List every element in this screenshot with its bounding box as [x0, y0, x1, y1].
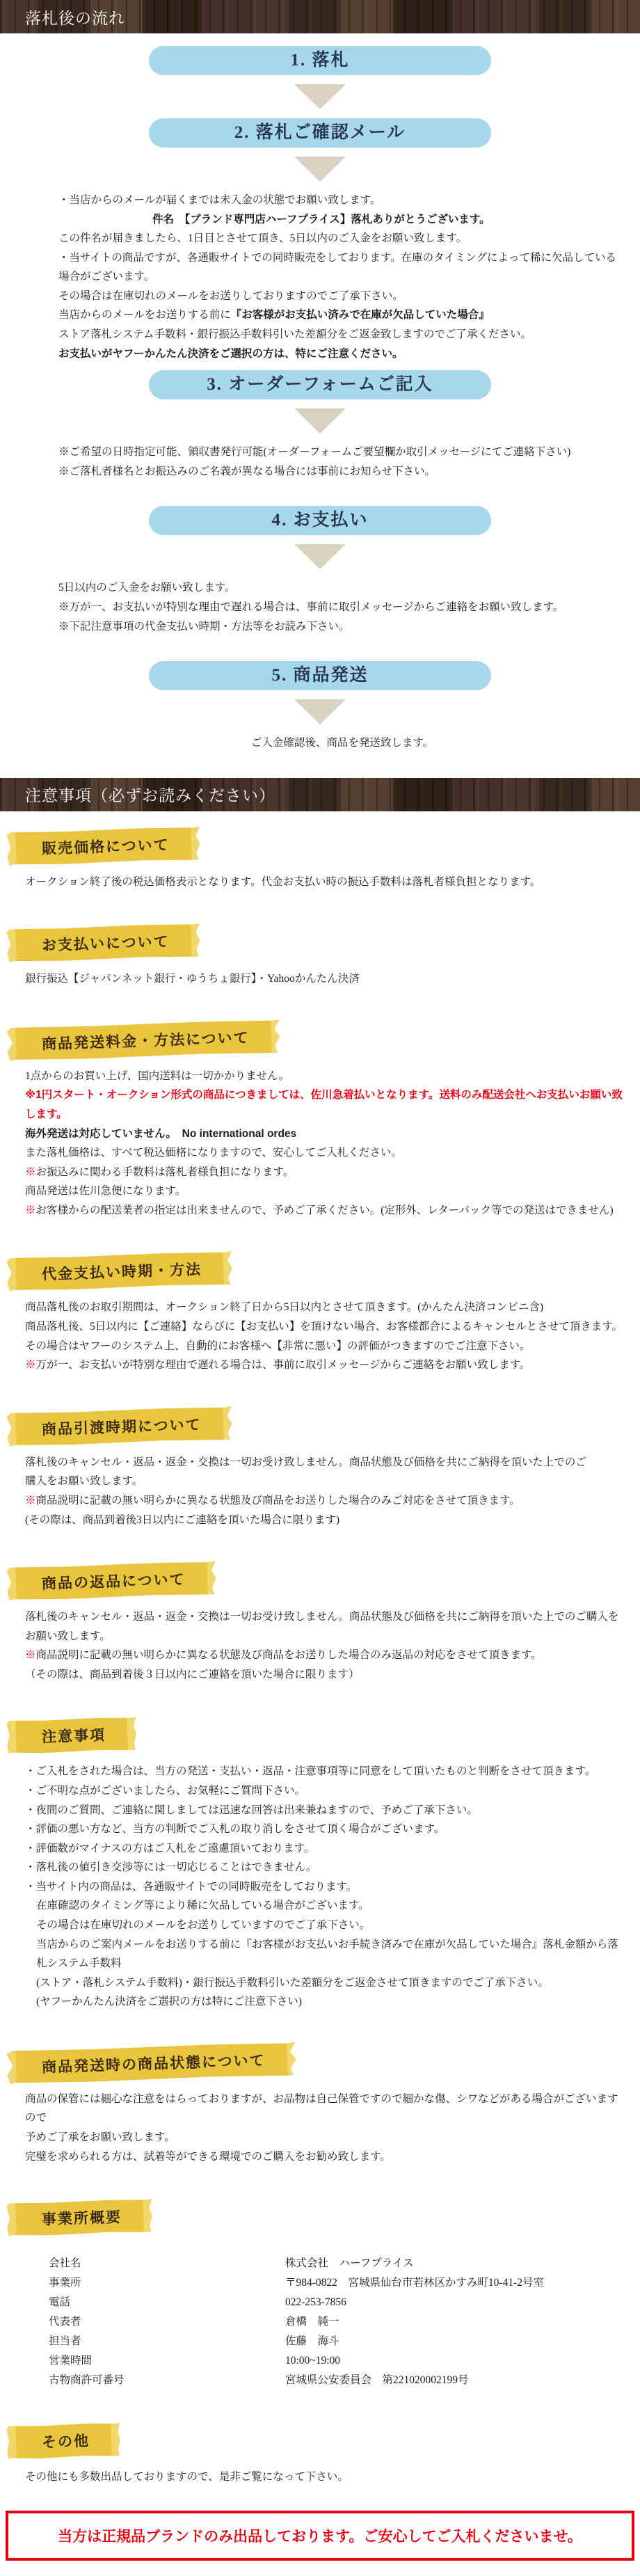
- company-info-value: 株式会社 ハーフプライス: [285, 2254, 626, 2273]
- flow-step-pill-5: 5. 商品発送: [149, 661, 491, 690]
- text-line: 銀行振込【ジャパンネット銀行・ゆうちょ銀行】・Yahooかんたん決済: [25, 969, 626, 989]
- tape-label: 販売価格について: [6, 826, 200, 866]
- text-line: ※下記注意事項の代金支払い時期・方法等をお読み下さい。: [58, 617, 626, 637]
- down-arrow-icon: [294, 157, 346, 182]
- text-line: ・落札後の値引き交渉等には一切応じることはできません。: [25, 1858, 626, 1877]
- section-company-profile: 事業所概要 会社名株式会社 ハーフプライス 事業所〒984-0822 宮城県仙台…: [0, 2183, 640, 2390]
- tape-label: 商品引渡時期について: [6, 1406, 232, 1447]
- text-line: 5日以内のご入金をお願い致します。: [58, 578, 626, 598]
- section-payment-period: 代金支払い時期・方法 商品落札後のお取引期間は、オークション終了日から5日以内と…: [0, 1237, 640, 1374]
- company-info-value: 倉橋 純一: [285, 2312, 626, 2332]
- text-line: (その際は、商品到着後3日以内にご連絡を頂いた場合に限ります): [25, 1511, 626, 1530]
- text-line: 海外発送は対応していません。 No international ordes: [25, 1124, 626, 1144]
- company-info-label: 担当者: [49, 2332, 285, 2351]
- text-line: その場合は在庫切れのメールをお送りしていますのでご了承下さい。: [25, 1916, 626, 1935]
- text-line: ※万が一、お支払いが特別な理由で遅れる場合は、事前に取引メッセージからご連絡をお…: [25, 1355, 626, 1375]
- down-arrow-icon: [294, 408, 346, 434]
- section-precautions: 注意事項 ・ご入札をされた場合は、当方の発送・支払い・返品・注意事項等に同意をし…: [0, 1701, 640, 2012]
- text-line: ※商品説明に記載の無い明らかに異なる状態及び商品をお送りした場合のみご対応をさせ…: [25, 1491, 626, 1511]
- text-line: 商品落札後、5日以内に【ご連絡】ならびに【お支払い】を頂けない場合、お客様都合に…: [25, 1317, 626, 1337]
- text-line: お支払いがヤフーかんたん決済をご選択の方は、特にご注意ください。: [58, 344, 626, 364]
- section-returns: 商品の返品について 落札後のキャンセル・返品・返金・交換は一切お受け致しません。…: [0, 1546, 640, 1684]
- section-lines: 落札後のキャンセル・返品・返金・交換は一切お受け致しません。商品状態及び価格を共…: [25, 1453, 626, 1529]
- flow-step-pill-1: 1. 落札: [149, 46, 491, 75]
- red-asterisk: ※: [25, 1204, 36, 1216]
- flow-note-block-after-step-2: ・当店からのメールが届くまでは未入金の状態でお願い致します。 件名 【ブランド専…: [58, 191, 626, 363]
- text-line: その場合はヤフーのシステム上、自動的にお客様へ【非常に悪い】の評価がつきますので…: [25, 1337, 626, 1356]
- section-sales-price: 販売価格について オークション終了後の税込価格表示となります。代金お支払い時の振…: [0, 811, 640, 892]
- text-line: 1点からのお買い上げ、国内送料は一切かかりません。: [25, 1067, 626, 1086]
- text-line: ストア落札システム手数料・銀行振込手数料引いた差額分をご返金致しますのでご了承く…: [58, 325, 626, 344]
- flow-note-block-after-step-4: 5日以内のご入金をお願い致します。 ※万が一、お支払いが特別な理由で遅れる場合は…: [58, 578, 626, 636]
- section-lines: オークション終了後の税込価格表示となります。代金お支払い時の振込手数料は落札者様…: [25, 873, 626, 892]
- section-item-condition: 商品発送時の商品状態について 商品の保管には細心な注意をはらっておりますが、お品…: [0, 2028, 640, 2166]
- company-info-label: 古物商許可番号: [49, 2371, 285, 2390]
- company-info-row: 古物商許可番号宮城県公安委員会 第221020002199号: [49, 2371, 626, 2390]
- text-line: (ストア・落札システム手数料)・銀行振込手数料引いた差額分をご返金させて頂きます…: [25, 1973, 626, 1993]
- company-info-row: 営業時間10:00~19:00: [49, 2351, 626, 2371]
- text-line: ※商品説明に記載の無い明らかに異なる状態及び商品をお送りした場合のみ返品の対応を…: [25, 1646, 626, 1665]
- down-arrow-icon: [294, 544, 346, 569]
- text-line: 落札後のキャンセル・返品・返金・交換は一切お受け致しません。商品状態及び価格を共…: [25, 1607, 626, 1646]
- flow-step-pill-2: 2. 落札ご確認メール: [149, 118, 491, 148]
- company-info-table: 会社名株式会社 ハーフプライス 事業所〒984-0822 宮城県仙台市若林区かす…: [49, 2254, 626, 2390]
- text-line: 商品発送は佐川急便になります。: [25, 1182, 626, 1201]
- red-asterisk: ※: [25, 1359, 36, 1371]
- text-line: 場合がございます。: [58, 267, 626, 287]
- text-line: その場合は在庫切れのメールをお送りしておりますのでご了承下さい。: [58, 287, 626, 306]
- section-lines: 商品の保管には細心な注意をはらっておりますが、お品物は自己保管ですので細かな傷、…: [25, 2090, 626, 2166]
- text-line: ※ご希望の日時指定可能、領収書発行可能(オーダーフォームご要望欄か取引メッセージ…: [58, 443, 626, 462]
- tape-label: 事業所概要: [6, 2199, 152, 2237]
- text-line: 商品落札後のお取引期間は、オークション終了日から5日以内とさせて頂きます。(かん…: [25, 1298, 626, 1317]
- company-info-label: 営業時間: [49, 2351, 285, 2371]
- company-info-label: 会社名: [49, 2254, 285, 2273]
- flow-note-block-after-step-3: ※ご希望の日時指定可能、領収書発行可能(オーダーフォームご要望欄か取引メッセージ…: [58, 443, 626, 481]
- tape-label: 商品の返品について: [6, 1561, 216, 1600]
- text-line: 当店からのご案内メールをお送りする前に『お客様がお支払いお手続き済みで在庫が欠品…: [25, 1935, 626, 1973]
- tape-label: その他: [6, 2423, 120, 2460]
- text-line: 予めご了承をお願い致します。: [25, 2128, 626, 2147]
- text-line: ・当店からのメールが届くまでは未入金の状態でお願い致します。: [58, 191, 626, 210]
- red-asterisk: ※: [25, 1495, 36, 1506]
- red-asterisk: ※: [25, 1649, 36, 1661]
- company-info-value: 宮城県公安委員会 第221020002199号: [285, 2371, 626, 2390]
- text-line: ・評価数がマイナスの方はご入札をご遠慮頂いております。: [25, 1839, 626, 1859]
- company-info-label: 電話: [49, 2293, 285, 2312]
- flow-section-header: 落札後の流れ: [0, 0, 640, 33]
- text-line: この件名が届きましたら、1日目とさせて頂き、5日以内のご入金をお願い致します。: [58, 229, 626, 248]
- text-line: その他にも多数出品しておりますので、是非ご覧になって下さい。: [25, 2467, 626, 2487]
- company-info-row: 事業所〒984-0822 宮城県仙台市若林区かすみ町10-41-2号室: [49, 2273, 626, 2293]
- flow-section-title: 落札後の流れ: [25, 6, 125, 29]
- section-others: その他 その他にも多数出品しておりますので、是非ご覧になって下さい。: [0, 2406, 640, 2487]
- text-line: ・評価の悪い方など、当方の判断でご入札の取り消しをさせて頂く場合がございます。: [25, 1820, 626, 1839]
- text-line: ・夜間のご質問、ご連絡に関しましては迅速な回答は出来兼ねますので、予めご了承下さ…: [25, 1801, 626, 1820]
- text-line: 完璧を求められる方は、試着等ができる環境でのご購入をお勧め致します。: [25, 2147, 626, 2167]
- text-line: ご入金確認後、商品を発送致します。: [58, 733, 626, 753]
- text-line: オークション終了後の税込価格表示となります。代金お支払い時の振込手数料は落札者様…: [25, 873, 626, 892]
- section-lines: 銀行振込【ジャパンネット銀行・ゆうちょ銀行】・Yahooかんたん決済: [25, 969, 626, 989]
- text-line: 商品の保管には細心な注意をはらっておりますが、お品物は自己保管ですので細かな傷、…: [25, 2090, 626, 2128]
- text-line: ※お客様からの配送業者の指定は出来ませんので、予めご了承ください。(定形外、レタ…: [25, 1201, 626, 1221]
- text-line: 当店からのメールをお送りする前に『お客様がお支払い済みで在庫が欠品していた場合』: [58, 305, 626, 325]
- tape-label: 代金支払い時期・方法: [6, 1251, 232, 1291]
- section-lines: 落札後のキャンセル・返品・返金・交換は一切お受け致しません。商品状態及び価格を共…: [25, 1607, 626, 1684]
- text-line: 件名 【ブランド専門店ハーフプライス】落札ありがとうございます。: [58, 210, 626, 230]
- flow-step-pill-4: 4. お支払い: [149, 506, 491, 535]
- section-lines: 商品落札後のお取引期間は、オークション終了日から5日以内とさせて頂きます。(かん…: [25, 1298, 626, 1374]
- company-info-value: 10:00~19:00: [285, 2351, 626, 2371]
- section-payment: お支払いについて 銀行振込【ジャパンネット銀行・ゆうちょ銀行】・Yahooかんた…: [0, 908, 640, 989]
- company-info-row: 電話022-253-7856: [49, 2293, 626, 2312]
- company-info-value: 022-253-7856: [285, 2293, 626, 2312]
- text-line: ※万が一、お支払いが特別な理由で遅れる場合は、事前に取引メッセージからご連絡をお…: [58, 598, 626, 617]
- text-line: また落札価格は、すべて税込価格になりますので、安心してご入札ください。: [25, 1143, 626, 1163]
- tape-label: 商品発送時の商品状態について: [6, 2042, 296, 2084]
- company-info-label: 事業所: [49, 2273, 285, 2293]
- company-info-value: 〒984-0822 宮城県仙台市若林区かすみ町10-41-2号室: [285, 2273, 626, 2293]
- text-line: ・当サイト内の商品は、各通販サイトでの同時販売をしております。: [25, 1877, 626, 1897]
- section-shipping-fee: 商品発送料金・方法について 1点からのお買い上げ、国内送料は一切かかりません。 …: [0, 1005, 640, 1221]
- text-line: ・ご入札をされた場合は、当方の発送・支払い・返品・注意事項等に同意をして頂いたも…: [25, 1762, 626, 1781]
- text-line: 落札後のキャンセル・返品・返金・交換は一切お受け致しません。商品状態及び価格を共…: [25, 1453, 626, 1472]
- flow-note-block-after-step-5: ご入金確認後、商品を発送致します。: [58, 733, 626, 753]
- text-line: ・ご不明な点がございましたら、お気軽にご質問下さい。: [25, 1781, 626, 1801]
- tape-label: 商品発送料金・方法について: [6, 1019, 280, 1061]
- down-arrow-icon: [294, 699, 346, 724]
- down-arrow-icon: [294, 84, 346, 109]
- section-lines: ・ご入札をされた場合は、当方の発送・支払い・返品・注意事項等に同意をして頂いたも…: [25, 1762, 626, 2012]
- tape-label: 注意事項: [6, 1717, 136, 1754]
- company-info-row: 代表者倉橋 純一: [49, 2312, 626, 2332]
- text-line: ※1円スタート・オークション形式の商品につきましては、佐川急着払いとなります。送…: [25, 1086, 626, 1124]
- text-line: (ヤフーかんたん決済をご選択の方は特にご注意下さい): [25, 1992, 626, 2012]
- section-handover-period: 商品引渡時期について 落札後のキャンセル・返品・返金・交換は一切お受け致しません…: [0, 1392, 640, 1529]
- authenticity-banner: 当方は正規品ブランドのみ出品しております。ご安心してご入札くださいませ。: [6, 2511, 634, 2561]
- company-info-row: 会社名株式会社 ハーフプライス: [49, 2254, 626, 2273]
- section-lines: 1点からのお買い上げ、国内送料は一切かかりません。 ※1円スタート・オークション…: [25, 1067, 626, 1221]
- tape-label: お支払いについて: [6, 923, 200, 963]
- red-asterisk: ※: [25, 1166, 36, 1178]
- notice-section-title: 注意事項（必ずお読みください）: [25, 783, 275, 806]
- text-line: 在庫確認のタイミング等により稀に欠品している場合がございます。: [25, 1896, 626, 1916]
- page: 落札後の流れ 1. 落札 2. 落札ご確認メール ・当店からのメールが届くまでは…: [0, 0, 640, 2561]
- text-line: ・当サイトの商品ですが、各通販サイトでの同時販売をしております。在庫のタイミング…: [58, 248, 626, 268]
- company-info-row: 担当者佐藤 海斗: [49, 2332, 626, 2351]
- text-line: ※ご落札者様名とお振込みのご名義が異なる場合には事前にお知らせ下さい。: [58, 462, 626, 482]
- company-info-label: 代表者: [49, 2312, 285, 2332]
- text-line: （その際は、商品到着後３日以内にご連絡を頂いた場合に限ります）: [25, 1665, 626, 1685]
- text-line: ※お振込みに関わる手数料は落札者様負担になります。: [25, 1163, 626, 1182]
- section-lines: その他にも多数出品しておりますので、是非ご覧になって下さい。: [25, 2467, 626, 2487]
- company-info-value: 佐藤 海斗: [285, 2332, 626, 2351]
- text-line: 購入をお願い致します。: [25, 1472, 626, 1491]
- notice-section-header: 注意事項（必ずお読みください）: [0, 778, 640, 811]
- flow-step-pill-3: 3. オーダーフォームご記入: [149, 370, 491, 399]
